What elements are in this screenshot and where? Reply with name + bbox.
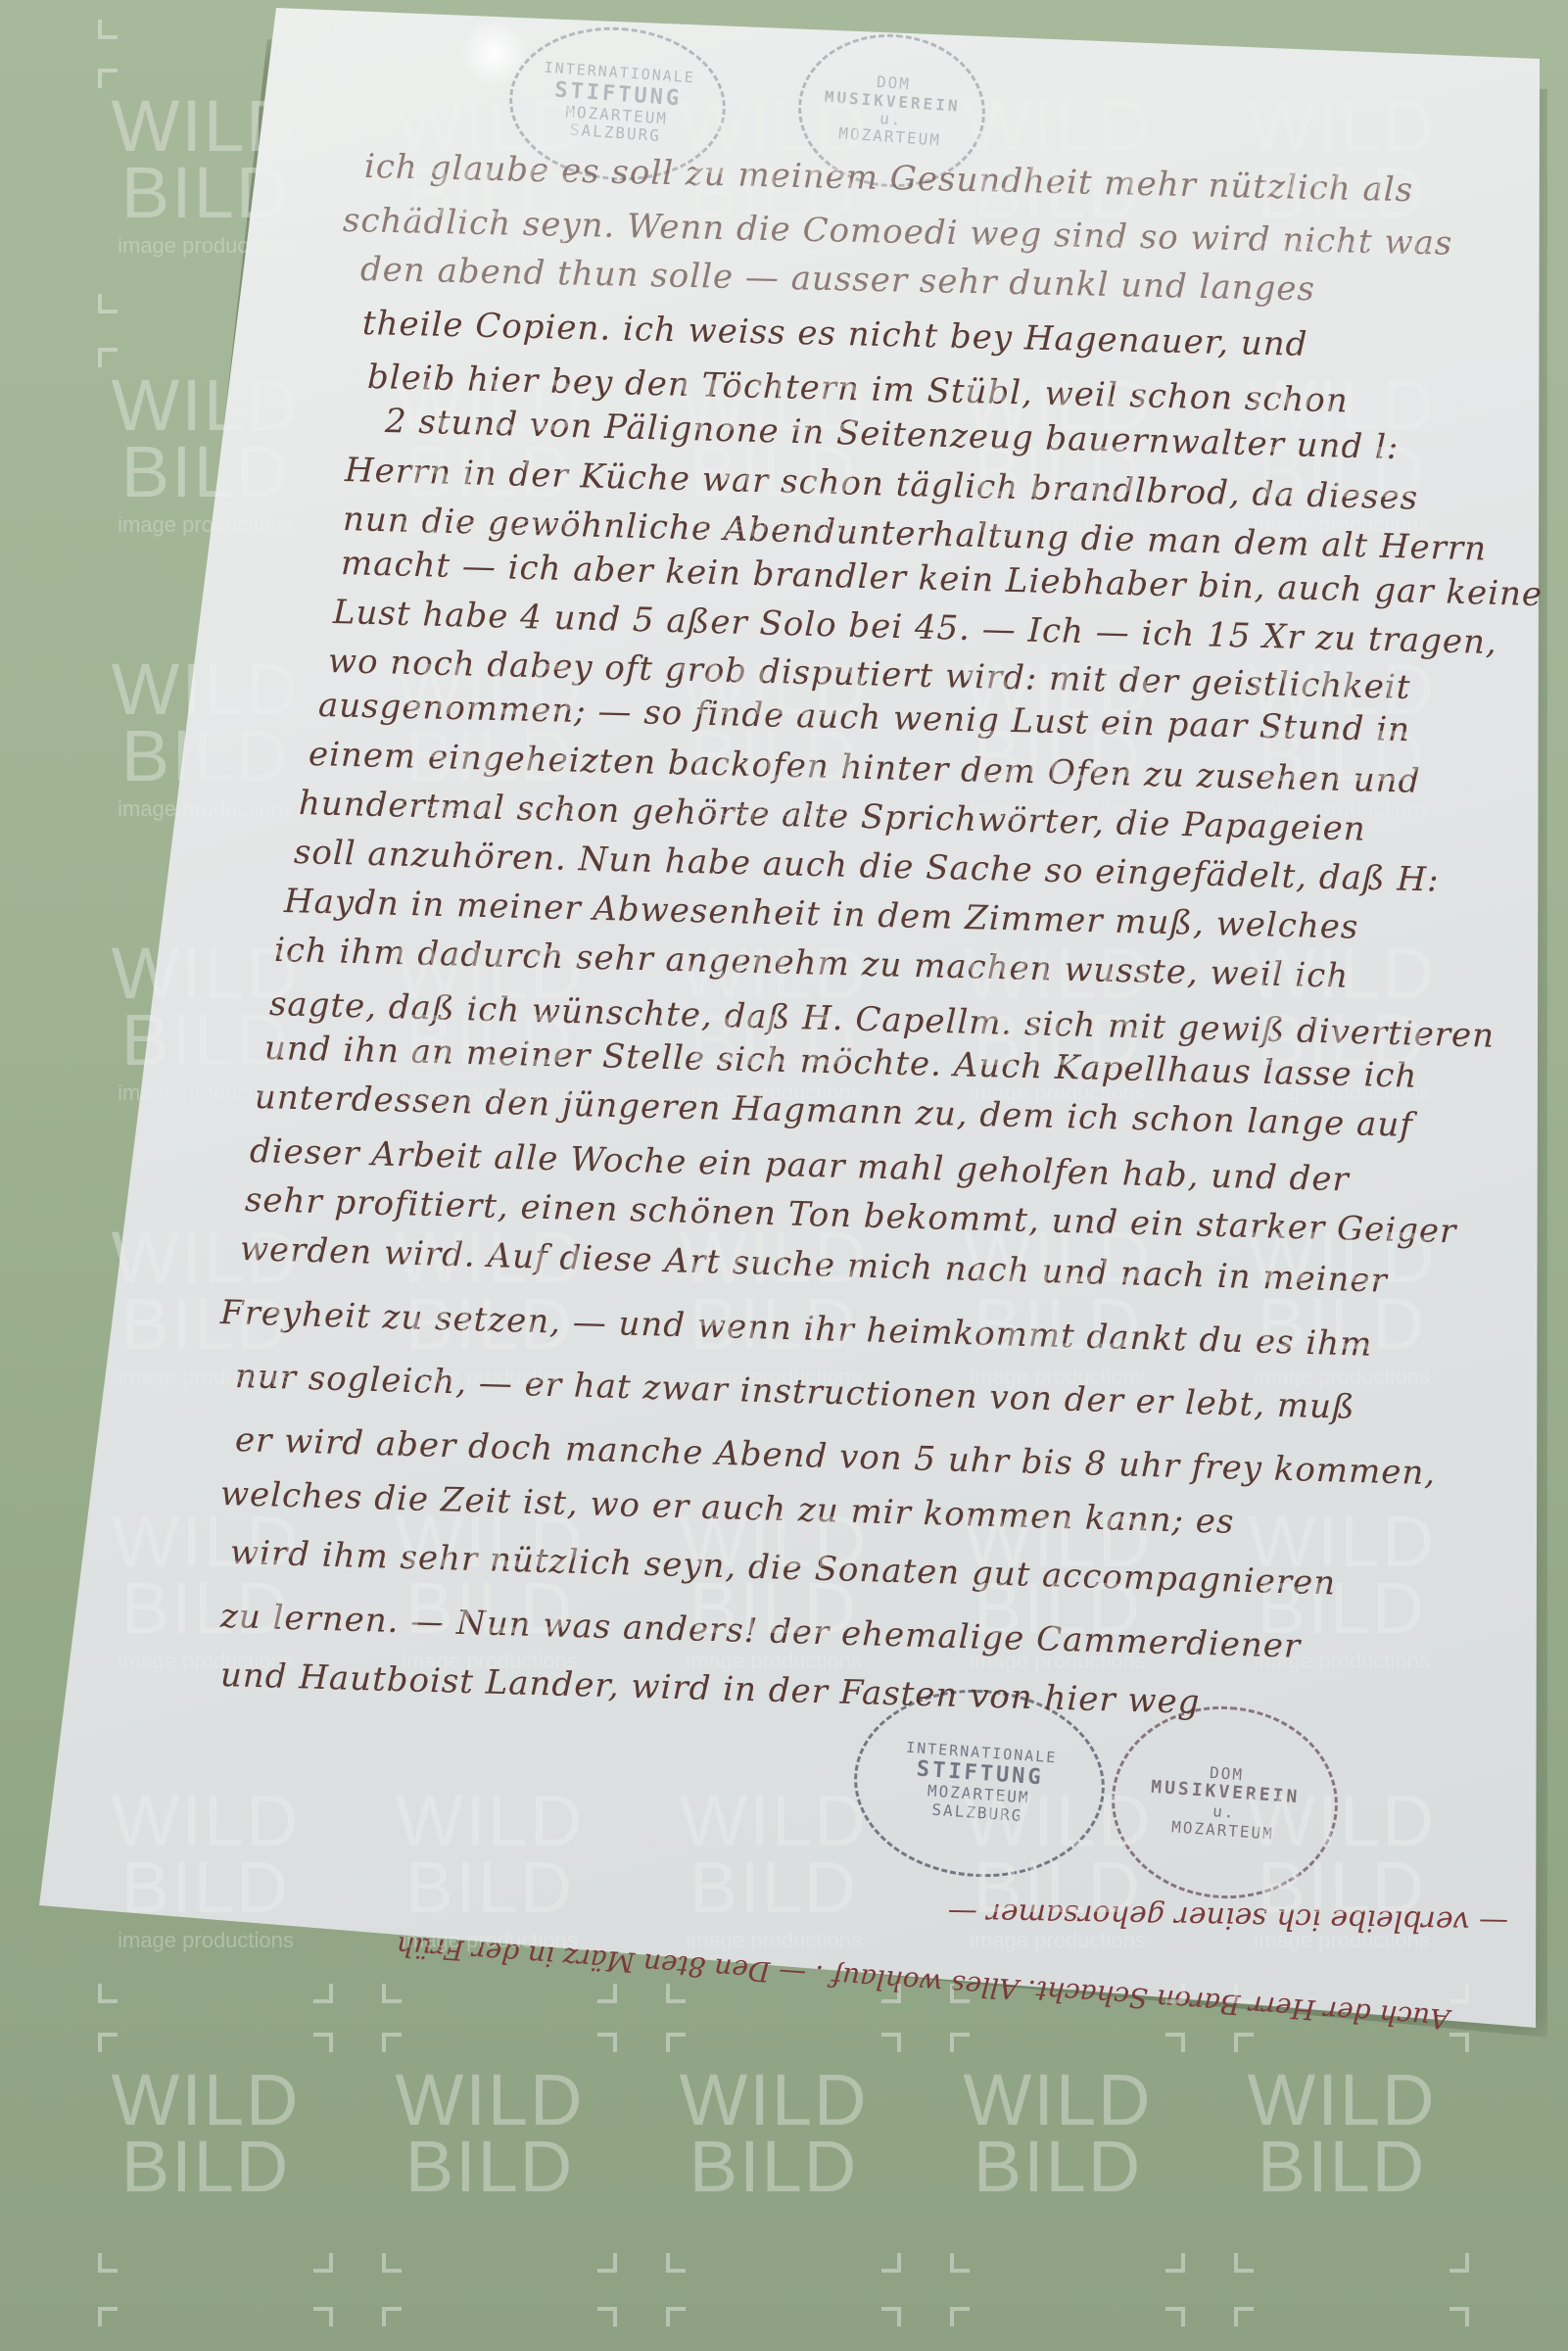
manuscript-text: ich glaube es soll zu meinem Gesundheit … [0, 0, 1568, 2351]
upside-down-line: — verbleibe ich seiner gehorsamer — [948, 1895, 1509, 1940]
upside-down-line: Auch der Herr Baron Schacht. Alles wohla… [395, 1930, 1450, 2036]
manuscript-line: wird ihm sehr nützlich seyn, die Sonaten… [229, 1533, 1336, 1604]
manuscript-line: den abend thun solle — ausser sehr dunkl… [360, 250, 1316, 309]
manuscript-line: nur sogleich, — er hat zwar instructione… [234, 1357, 1355, 1427]
manuscript-line: zu lernen. — Nun was anders! der ehemali… [219, 1597, 1301, 1666]
photo-scene: INTERNATIONALE STIFTUNG MOZARTEUM SALZBU… [0, 0, 1568, 2351]
manuscript-line: theile Copien. ich weiss es nicht bey Ha… [362, 304, 1308, 364]
manuscript-line: und Hautboist Lander, wird in der Fasten… [219, 1655, 1201, 1722]
manuscript-line: Freyheit zu setzen, — und wenn ihr heimk… [219, 1293, 1372, 1365]
manuscript-line: welches die Zeit ist, wo er auch zu mir … [219, 1474, 1235, 1542]
manuscript-line: ich glaube es soll zu meinem Gesundheit … [364, 147, 1492, 212]
